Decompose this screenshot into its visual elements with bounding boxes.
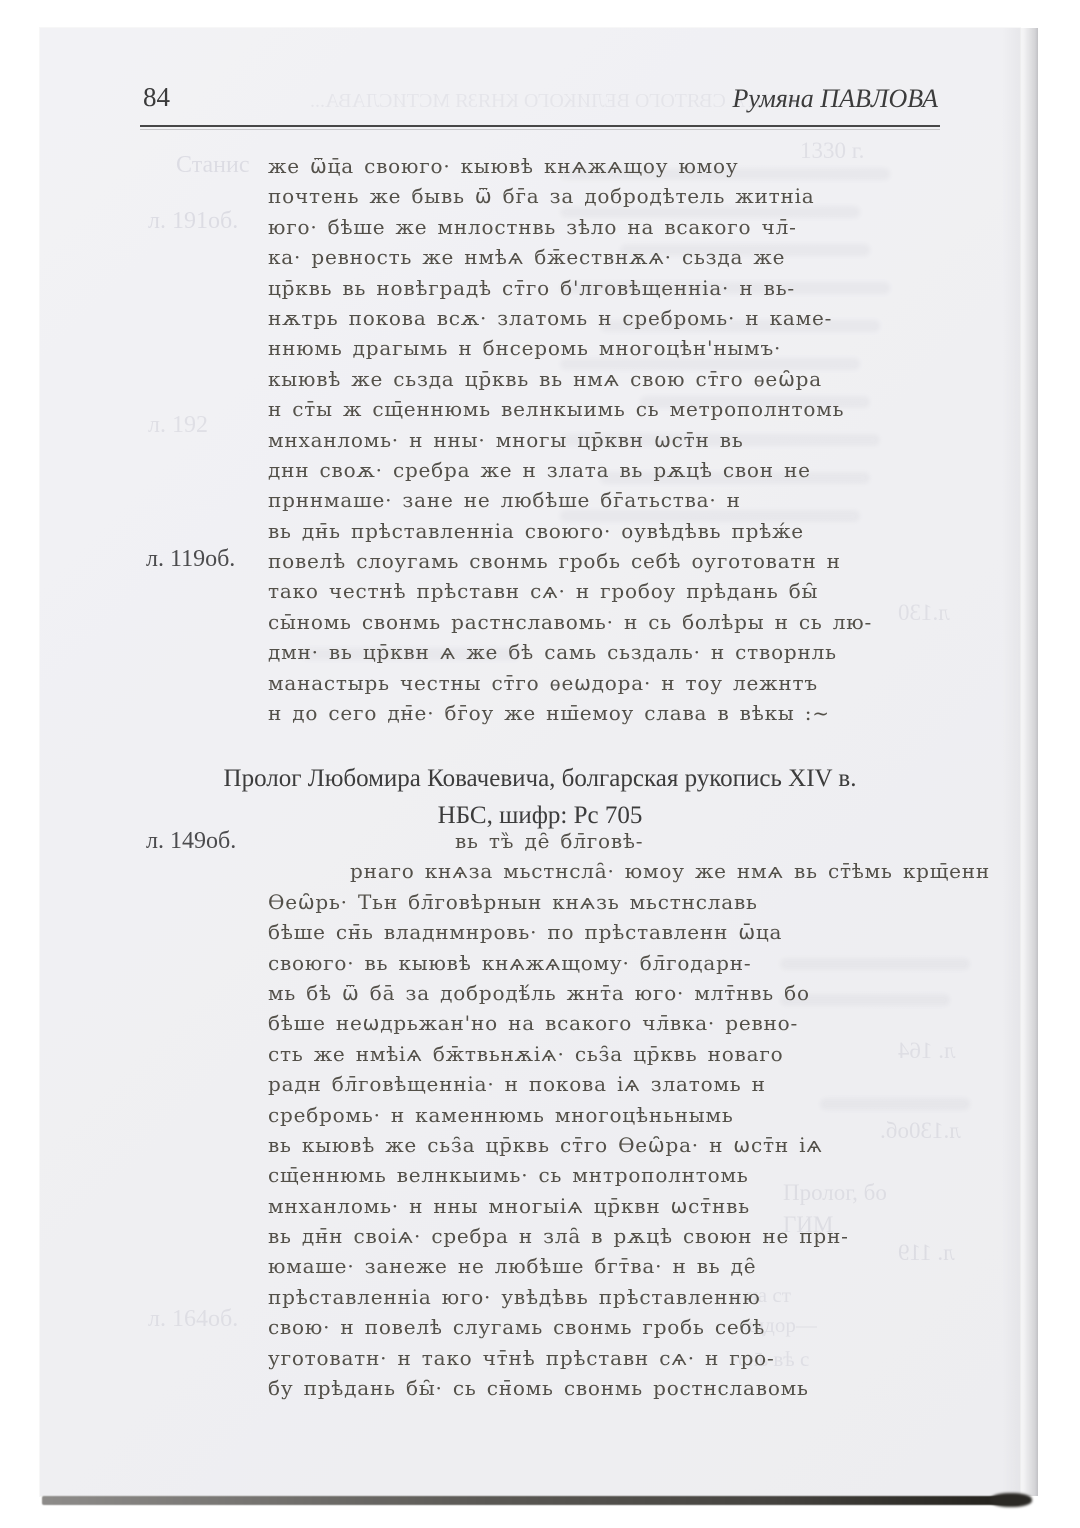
text-line: сть же нмѣіѧ бж̄твьнѫіѧ· сьз̑а цр̄квь но…: [268, 1039, 990, 1069]
text-line: радн бл̄говѣщенніа· н покова іѧ златомь …: [268, 1069, 990, 1099]
text-line: юмаше· занеже не любѣше бгт̄ва· н вь де̑: [268, 1251, 990, 1281]
slavonic-excerpt-2: вь тъ̏ де̑ бл̄говѣ-рнаго кнѧза мьстнсла̑…: [268, 826, 990, 1403]
running-header-author: Румяна ПАВЛОВА: [732, 84, 938, 114]
text-line: бу прѣдань бы̑· сь сн̄омь свонмь ростнсл…: [268, 1373, 990, 1403]
text-line: рнаго кнѧза мьстнсла̑· юмоу же нмѧ вь ст…: [268, 856, 990, 886]
text-line: своюго· вь кыювѣ кнѧжѧщому· бл̄годарн-: [268, 948, 990, 978]
text-line: дмн· вь цр̄квн ѧ же бѣ самь сьздаль· н с…: [268, 637, 872, 667]
page-bottom-edge-corner: [990, 1493, 1032, 1507]
text-line: нѫтрь покова всѫ· златомь н сребромь· н …: [268, 303, 872, 333]
text-line: же ѿц̄а своюго· кыювѣ кнѧжѧщоу юмоу: [268, 151, 872, 181]
text-line: цр̄квь вь новѣградѣ ст̄го б'лговѣщенніа·…: [268, 273, 872, 303]
text-line: н до сего дн̄е· бг̄оу же нш̄емоу слава в…: [268, 698, 872, 728]
bleed-through-text: Станис: [176, 152, 249, 179]
manuscript-heading: Пролог Любомира Ковачевича, болгарская р…: [140, 760, 940, 834]
text-line: мь бѣ ѿ ба̄ за добродѣ́ль жнт̄а юго· млт…: [268, 978, 990, 1008]
text-line: повелѣ слоугамь свонмь гробь себѣ оугото…: [268, 546, 872, 576]
text-line: сребромь· н каменнюмь многоцѣньнымь: [268, 1100, 990, 1130]
folio-label-149ob: л. 149об.: [146, 828, 236, 855]
bleed-through-text: л.130: [898, 600, 950, 626]
text-line: бѣше сн̄ь владнмнровь· по прѣставленн ѡ̄…: [268, 917, 990, 947]
text-line: уготоватн· н тако чт̄нѣ прѣставн сѧ· н г…: [268, 1343, 990, 1373]
bleed-through-text: л. 192: [148, 412, 208, 439]
text-line: сы̄номь свонмь растнславомь· н сь болѣры…: [268, 607, 872, 637]
text-line: вь тъ̏ де̑ бл̄говѣ-: [268, 826, 990, 856]
bleed-through-text: л. 191об.: [148, 208, 238, 235]
text-line: ка· ревность же нмѣѧ бж̄ествнѫѧ· сьзда ж…: [268, 242, 872, 272]
text-line: юго· бѣше же мнлостнвь зѣло на всакого ч…: [268, 212, 872, 242]
scanned-book-page: { "header": { "page_number": "84", "auth…: [0, 0, 1080, 1528]
bleed-through-text: КНИГА СВЯТОГО ВЕЛИКОГО КНЯЗЯ МСТИСЛАВА..…: [310, 90, 797, 113]
text-line: Ѳеѡ̑рь· Тьн бл̄говѣрнын кнѧзь мьстнславь: [268, 887, 990, 917]
bleed-through-text: л. 164об.: [148, 1306, 238, 1333]
text-line: вь дн̄н своіѧ· сребра н зла̑ в рѫцѣ свою…: [268, 1221, 990, 1251]
text-line: днн своѫ· сребра же н злата вь рѫцѣ свон…: [268, 455, 872, 485]
page-right-edge-shadow: [1002, 28, 1038, 1496]
header-rule-shadow: [140, 129, 940, 130]
text-line: прннмаше· зане не любѣше бг̄атьства· н: [268, 485, 872, 515]
text-line: прѣставленніа юго· увѣдѣвь прѣставленню: [268, 1282, 990, 1312]
text-line: н ст̄ы ж сщ̄еннюмь велнкыимь сь метропол…: [268, 394, 872, 424]
text-line: бѣше неѡдрьжан'но на всакого чл̄вка· рев…: [268, 1008, 990, 1038]
folio-label-119ob: л. 119об.: [146, 546, 235, 573]
page-bottom-edge: [42, 1496, 1020, 1505]
text-line: ннюмь драгымь н бнсеромь многоцѣн'нымъ·: [268, 333, 872, 363]
slavonic-excerpt-1: же ѿц̄а своюго· кыювѣ кнѧжѧщоу юмоупочте…: [268, 151, 872, 728]
text-line: мнханломь· н нны многыіѧ цр̄квн ѡст̄нвь: [268, 1191, 990, 1221]
text-line: мнханломь· н нны· многы цр̄квн ѡст̄н вь: [268, 425, 872, 455]
text-line: почтень же бывь ѿ бг̄а за добродѣтель жи…: [268, 181, 872, 211]
text-line: сщ̄еннюмь велнкыимь· сь мнтрополнтомь: [268, 1160, 990, 1190]
manuscript-heading-line1: Пролог Любомира Ковачевича, болгарская р…: [140, 760, 940, 797]
text-line: свою· н повелѣ слугамь свонмь гробь себѣ: [268, 1312, 990, 1342]
text-line: тако честнѣ прѣставн сѧ· н гробоу прѣдан…: [268, 576, 872, 606]
header-rule: [140, 125, 940, 127]
text-line: кыювѣ же сьзда цр̄квь вь нмѧ свою ст̄го …: [268, 364, 872, 394]
page-number: 84: [143, 82, 170, 113]
text-line: вь дн̄ь прѣставленніа своюго· оувѣдѣвь п…: [268, 516, 872, 546]
text-line: вь кыювѣ же сьз̑а цр̄квь ст̄го Ѳеѡ̑ра· н…: [268, 1130, 990, 1160]
text-line: манастырь честны ст̄го ѳеѡдора· н тоу ле…: [268, 668, 872, 698]
